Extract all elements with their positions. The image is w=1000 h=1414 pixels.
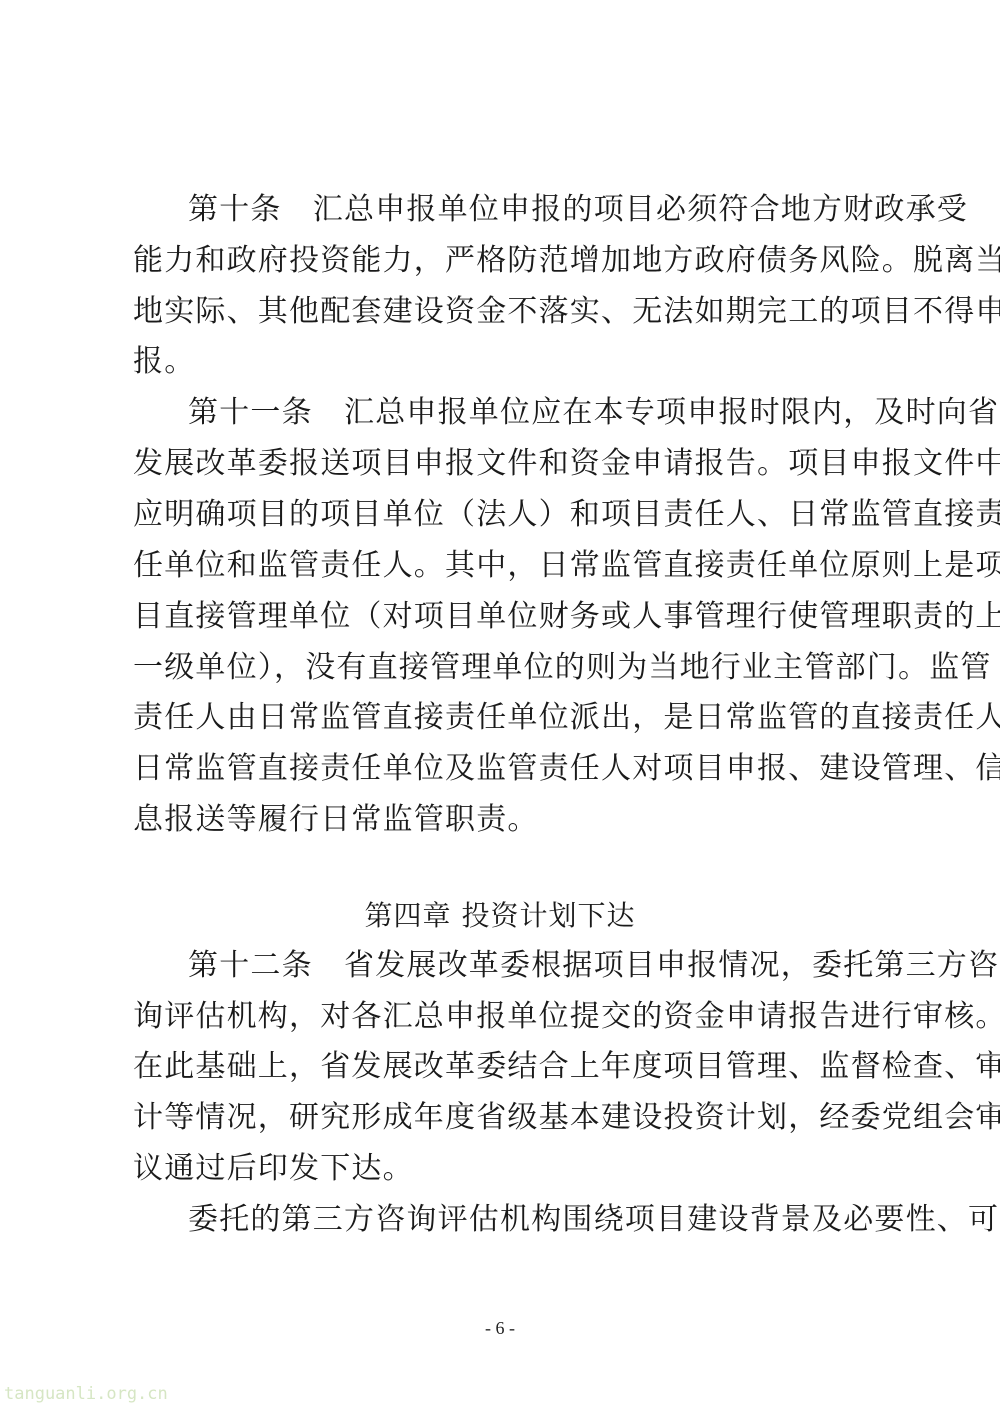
text-line: 日常监管直接责任单位及监管责任人对项目申报、建设管理、信 xyxy=(133,749,878,789)
text-line: 责任人由日常监管直接责任单位派出，是日常监管的直接责任人。 xyxy=(133,698,878,738)
chapter-heading: 第四章 投资计划下达 xyxy=(0,896,1000,936)
text-line: 应明确项目的项目单位（法人）和项目责任人、日常监管直接责 xyxy=(133,495,878,535)
text-line: 询评估机构，对各汇总申报单位提交的资金申请报告进行审核。 xyxy=(133,997,878,1037)
text-line: 能力和政府投资能力，严格防范增加地方政府债务风险。脱离当 xyxy=(133,241,878,281)
text-line: 目直接管理单位（对项目单位财务或人事管理行使管理职责的上 xyxy=(133,597,878,637)
text-line: 委托的第三方咨询评估机构围绕项目建设背景及必要性、可 xyxy=(188,1200,878,1240)
text-line: 在此基础上，省发展改革委结合上年度项目管理、监督检查、审 xyxy=(133,1047,878,1087)
page-number: - 6 - xyxy=(0,1318,1000,1339)
text-line: 第十条 汇总申报单位申报的项目必须符合地方财政承受 xyxy=(188,190,878,230)
text-line: 第十一条 汇总申报单位应在本专项申报时限内，及时向省 xyxy=(188,393,878,433)
text-line: 议通过后印发下达。 xyxy=(133,1149,878,1189)
text-line: 任单位和监管责任人。其中，日常监管直接责任单位原则上是项 xyxy=(133,546,878,586)
text-line: 报。 xyxy=(133,342,878,382)
text-line: 息报送等履行日常监管职责。 xyxy=(133,800,878,840)
text-line: 第十二条 省发展改革委根据项目申报情况，委托第三方咨 xyxy=(188,946,878,986)
text-line: 发展改革委报送项目申报文件和资金申请报告。项目申报文件中 xyxy=(133,444,878,484)
watermark: tanguanli.org.cn xyxy=(4,1384,168,1404)
text-line: 一级单位），没有直接管理单位的则为当地行业主管部门。监管 xyxy=(133,648,878,688)
document-page: 第十条 汇总申报单位申报的项目必须符合地方财政承受 能力和政府投资能力，严格防范… xyxy=(0,0,1000,1414)
text-line: 地实际、其他配套建设资金不落实、无法如期完工的项目不得申 xyxy=(133,292,878,332)
text-line: 计等情况，研究形成年度省级基本建设投资计划，经委党组会审 xyxy=(133,1098,878,1138)
